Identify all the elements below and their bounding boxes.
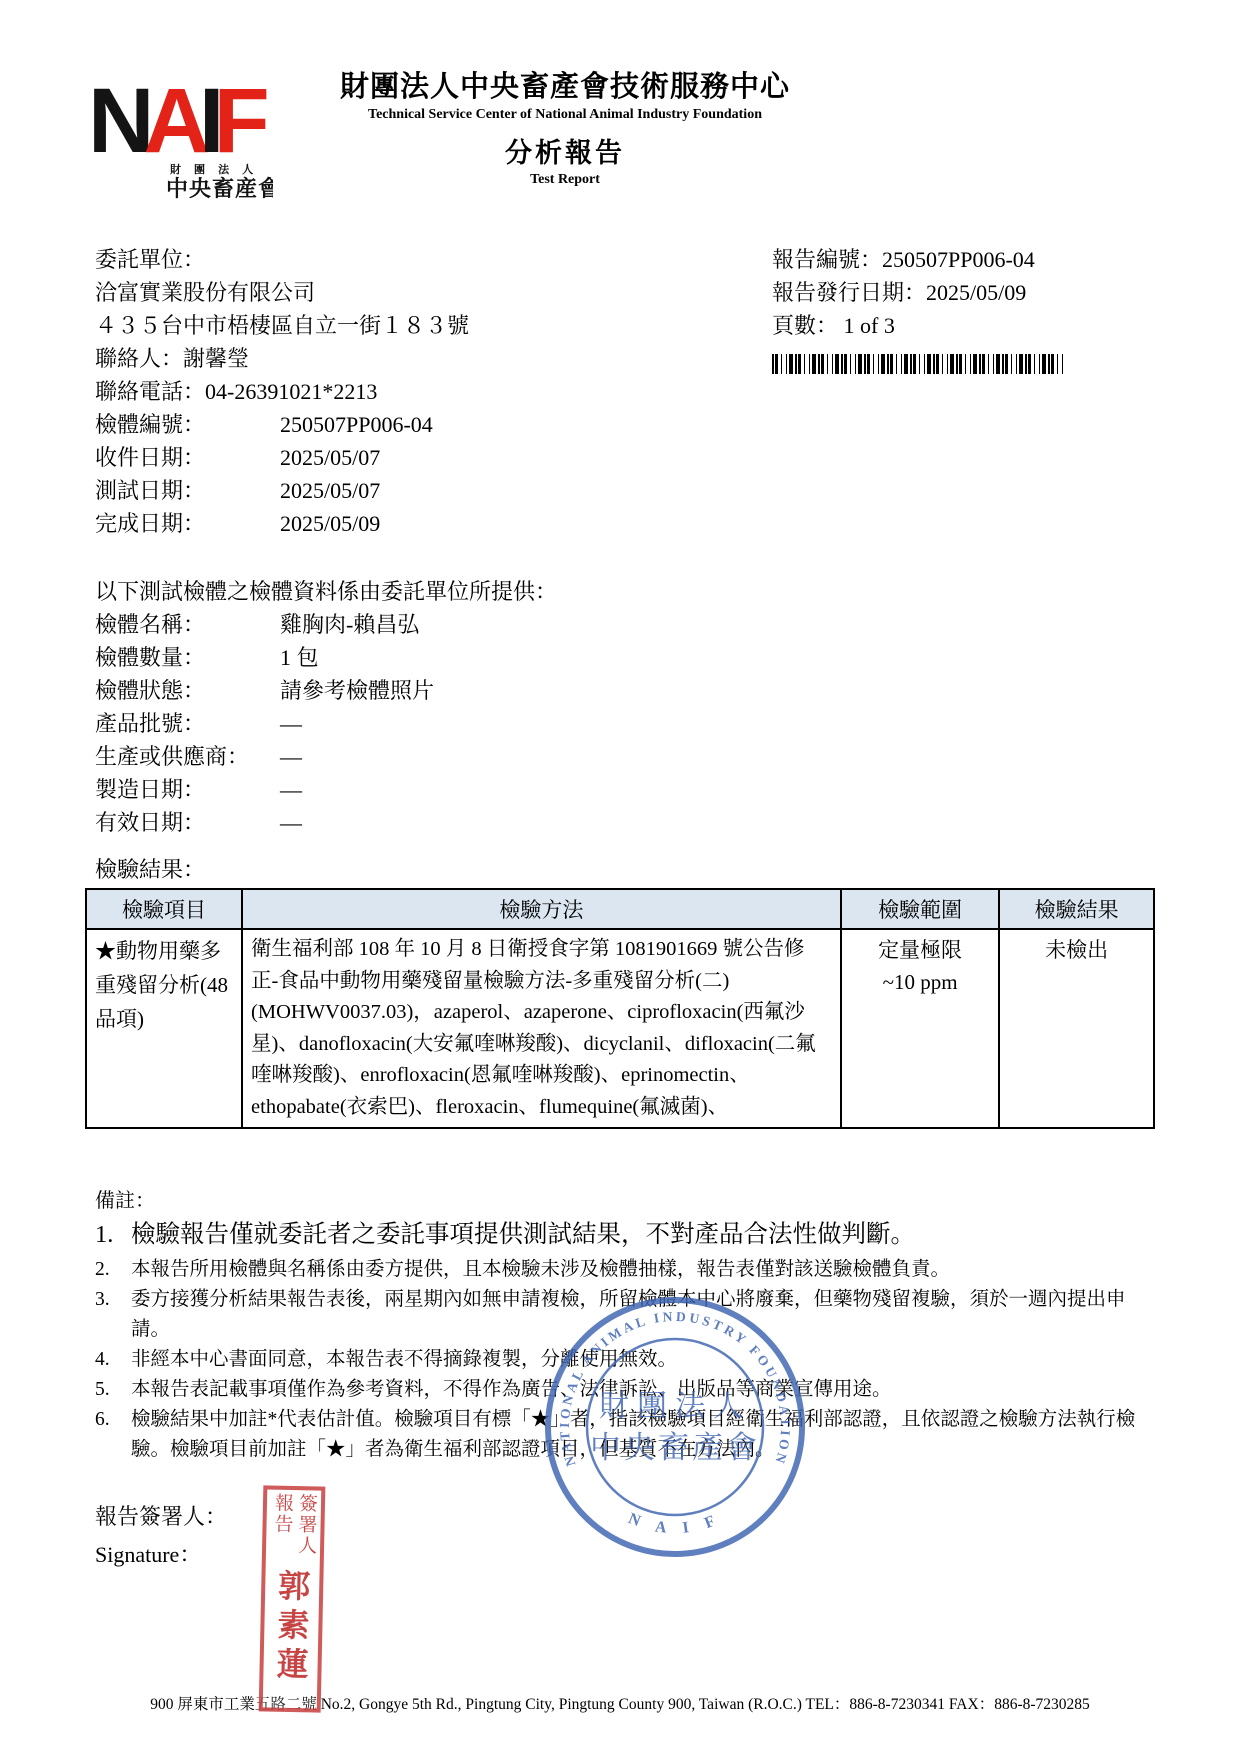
- field-received-date: 收件日期：2025/05/07: [95, 441, 469, 474]
- table-row: ★動物用藥多重殘留分析(48 品項) 衛生福利部 108 年 10 月 8 日衛…: [86, 929, 1154, 1128]
- client-unit-label: 委託單位：: [95, 243, 469, 276]
- note-text: 本報告所用檢體與名稱係由委方提供，且本檢驗未涉及檢體抽樣，報告表僅對該送驗檢體負…: [131, 1255, 950, 1285]
- signer-stamp: 簽署人 報告 郭素蓮: [259, 1485, 326, 1712]
- field-label: 測試日期：: [95, 474, 280, 507]
- range-line1: 定量極限: [850, 934, 990, 966]
- results-heading: 檢驗結果：: [95, 853, 205, 884]
- field-test-date: 測試日期：2025/05/07: [95, 474, 469, 507]
- note-number: 1.: [95, 1217, 131, 1253]
- field-value: 2025/05/07: [280, 478, 380, 503]
- logo-letter-n: N: [88, 70, 149, 172]
- field-label: 檢體名稱：: [95, 608, 280, 641]
- field-value: 2025/05/09: [280, 511, 380, 536]
- report-title-en: Test Report: [190, 172, 940, 188]
- footer-address: 900 屏東市工業五路二號 No.2, Gongye 5th Rd., Ping…: [0, 1692, 1240, 1714]
- sample-exp-date: 有效日期：—: [95, 806, 557, 839]
- signer-stamp-title: 簽署人 報告: [269, 1493, 319, 1568]
- sample-batch-no: 產品批號：—: [95, 707, 557, 740]
- client-name: 洽富實業股份有限公司: [95, 276, 469, 309]
- sample-info: 以下測試檢體之檢體資料係由委託單位所提供： 檢體名稱：雞胸肉-賴昌弘 檢體數量：…: [95, 575, 557, 839]
- cell-test-method: 衛生福利部 108 年 10 月 8 日衛授食字第 1081901669 號公告…: [242, 929, 841, 1128]
- field-label: 檢體狀態：: [95, 674, 280, 707]
- sample-name: 檢體名稱：雞胸肉-賴昌弘: [95, 608, 557, 641]
- report-issue-date: 報告發行日期：2025/05/09: [772, 276, 1035, 309]
- report-title-zh: 分析報告: [190, 131, 940, 170]
- field-value: —: [280, 744, 302, 769]
- note-item-1: 1. 檢驗報告僅就委託者之委託事項提供測試結果，不對產品合法性做判斷。: [95, 1217, 1161, 1253]
- note-number: 2.: [95, 1255, 131, 1285]
- cell-test-result: 未檢出: [999, 929, 1154, 1128]
- field-label: 有效日期：: [95, 806, 280, 839]
- cell-test-item: ★動物用藥多重殘留分析(48 品項): [86, 929, 242, 1128]
- field-label: 製造日期：: [95, 773, 280, 806]
- field-value: 請參考檢體照片: [280, 678, 434, 703]
- field-label: 收件日期：: [95, 441, 280, 474]
- field-value: —: [280, 777, 302, 802]
- field-complete-date: 完成日期：2025/05/09: [95, 507, 469, 540]
- results-table: 檢驗項目 檢驗方法 檢驗範圍 檢驗結果 ★動物用藥多重殘留分析(48 品項) 衛…: [85, 888, 1155, 1129]
- sample-supplier: 生產或供應商：—: [95, 740, 557, 773]
- client-contact: 聯絡人：謝馨瑩: [95, 342, 469, 375]
- client-address: ４３５台中市梧棲區自立一街１８３號: [95, 309, 469, 342]
- seal-inner-ring: [587, 1339, 763, 1515]
- seal-center-line1: 財團法人: [599, 1390, 751, 1423]
- sample-mfg-date: 製造日期：—: [95, 773, 557, 806]
- field-value: 250507PP006-04: [280, 412, 433, 437]
- field-value: —: [280, 810, 302, 835]
- test-report-page: NAIF 財 團 法 人 中央畜産會 財團法人中央畜產會技術服務中心 Techn…: [0, 0, 1240, 1754]
- signature-block: 報告簽署人： Signature：: [95, 1498, 227, 1574]
- field-label: 檢體編號：: [95, 408, 280, 441]
- field-label: 生產或供應商：: [95, 740, 280, 773]
- signer-stamp-name: 郭素蓮: [267, 1569, 315, 1687]
- sample-condition: 檢體狀態：請參考檢體照片: [95, 674, 557, 707]
- org-title-zh: 財團法人中央畜產會技術服務中心: [190, 64, 940, 105]
- signer-label-en: Signature：: [95, 1536, 227, 1574]
- field-label: 檢體數量：: [95, 641, 280, 674]
- note-number: 6.: [95, 1405, 131, 1435]
- cell-test-range: 定量極限 ~10 ppm: [841, 929, 999, 1128]
- results-header-row: 檢驗項目 檢驗方法 檢驗範圍 檢驗結果: [86, 889, 1154, 929]
- note-number: 5.: [95, 1375, 131, 1405]
- stamp-title-right: 簽署人: [295, 1493, 317, 1556]
- col-test-result: 檢驗結果: [999, 889, 1154, 929]
- col-test-method: 檢驗方法: [242, 889, 841, 929]
- report-meta: 報告編號：250507PP006-04 報告發行日期：2025/05/09 頁數…: [772, 243, 1035, 342]
- foundation-seal: NATIONAL ANIMAL INDUSTRY FOUNDATION N A …: [540, 1292, 810, 1562]
- note-number: 3.: [95, 1285, 131, 1315]
- field-value: —: [280, 711, 302, 736]
- seal-center-line2: 中央畜產會: [590, 1430, 760, 1465]
- stamp-title-left: 報告: [271, 1493, 293, 1535]
- note-item-2: 2. 本報告所用檢體與名稱係由委方提供，且本檢驗未涉及檢體抽樣，報告表僅對該送驗…: [95, 1255, 1161, 1285]
- note-number: 4.: [95, 1345, 131, 1375]
- client-info: 委託單位： 洽富實業股份有限公司 ４３５台中市梧棲區自立一街１８３號 聯絡人：謝…: [95, 243, 469, 540]
- range-line2: ~10 ppm: [850, 966, 990, 998]
- col-test-item: 檢驗項目: [86, 889, 242, 929]
- field-value: 雞胸肉-賴昌弘: [280, 612, 419, 637]
- field-sample-no: 檢體編號：250507PP006-04: [95, 408, 469, 441]
- report-number: 報告編號：250507PP006-04: [772, 243, 1035, 276]
- col-test-range: 檢驗範圍: [841, 889, 999, 929]
- org-title-en: Technical Service Center of National Ani…: [190, 107, 940, 123]
- field-label: 產品批號：: [95, 707, 280, 740]
- report-header: 財團法人中央畜產會技術服務中心 Technical Service Center…: [190, 64, 940, 188]
- client-phone: 聯絡電話：04-26391021*2213: [95, 375, 469, 408]
- field-label: 完成日期：: [95, 507, 280, 540]
- note-text: 檢驗報告僅就委託者之委託事項提供測試結果，不對產品合法性做判斷。: [131, 1217, 915, 1253]
- barcode: [772, 354, 1064, 374]
- field-value: 1 包: [280, 645, 319, 670]
- sample-quantity: 檢體數量：1 包: [95, 641, 557, 674]
- signer-label-zh: 報告簽署人：: [95, 1498, 227, 1536]
- field-value: 2025/05/07: [280, 445, 380, 470]
- sample-intro: 以下測試檢體之檢體資料係由委託單位所提供：: [95, 575, 557, 608]
- notes-heading: 備註：: [95, 1184, 1161, 1213]
- report-pages: 頁數： 1 of 3: [772, 309, 1035, 342]
